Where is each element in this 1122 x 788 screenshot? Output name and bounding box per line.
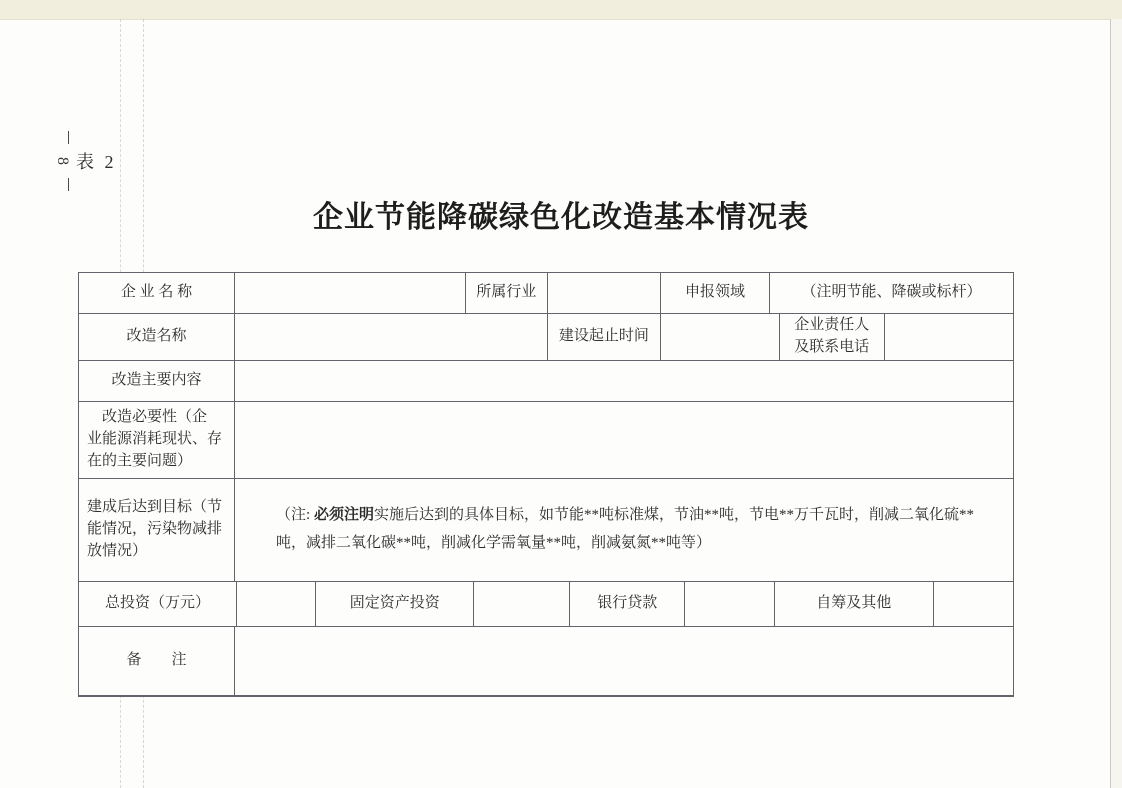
company-name-value: [234, 273, 465, 313]
project-name-label: 改造名称: [79, 314, 234, 360]
necessity-value: [234, 402, 1013, 478]
page-edge-line: [1110, 19, 1111, 788]
self-raised-label: 自筹及其他: [774, 582, 933, 626]
self-raised-value: [933, 582, 1013, 626]
margin-marker: 8 表 2: [55, 131, 125, 191]
total-investment-value: [236, 582, 315, 626]
table-row: 备 注: [79, 626, 1013, 695]
declare-field-label: 申报领域: [660, 273, 769, 313]
scan-right-gutter: [1111, 19, 1122, 788]
table-index-label: 表 2: [76, 148, 117, 174]
page-title: 企业节能降碳绿色化改造基本情况表: [0, 195, 1122, 241]
table-row: 改造名称 建设起止时间 企业责任人 及联系电话: [79, 313, 1013, 360]
construction-period-value: [660, 314, 779, 360]
page-number: 8: [53, 154, 71, 168]
remarks-label: 备 注: [79, 627, 234, 695]
note-rest: 实施后达到的具体目标，如节能**吨标准煤，节油**吨，节电**万千瓦时，削减二氧…: [276, 507, 974, 551]
table-row: 改造主要内容: [79, 360, 1013, 401]
bank-loan-label: 银行贷款: [569, 582, 684, 626]
target-label: 建成后达到目标（节 能情况，污染物减排 放情况）: [79, 479, 234, 581]
target-note-text: （注: 必须注明实施后达到的具体目标，如节能**吨标准煤，节油**吨，节电**万…: [276, 502, 974, 558]
necessity-label: 改造必要性（企 业能源消耗现状、存 在的主要问题）: [79, 402, 234, 478]
total-investment-label: 总投资（万元）: [79, 582, 236, 626]
form-table: 企 业 名 称 所属行业 申报领域 （注明节能、降碳或标杆） 改造名称 建设起止…: [78, 272, 1014, 697]
main-content-label: 改造主要内容: [79, 361, 234, 401]
contact-value: [884, 314, 1013, 360]
necessity-label-text: 改造必要性（企 业能源消耗现状、存 在的主要问题）: [87, 407, 222, 472]
fixed-asset-label: 固定资产投资: [315, 582, 473, 626]
table-row: 改造必要性（企 业能源消耗现状、存 在的主要问题）: [79, 401, 1013, 478]
table-row: 企 业 名 称 所属行业 申报领域 （注明节能、降碳或标杆）: [79, 273, 1013, 313]
table-row: 总投资（万元） 固定资产投资 银行贷款 自筹及其他: [79, 581, 1013, 626]
company-name-label: 企 业 名 称: [79, 273, 234, 313]
project-name-value: [234, 314, 547, 360]
target-note: （注: 必须注明实施后达到的具体目标，如节能**吨标准煤，节油**吨，节电**万…: [234, 479, 1013, 581]
scan-top-band: [0, 0, 1122, 20]
note-prefix: （注:: [276, 507, 314, 523]
main-content-value: [234, 361, 1013, 401]
contact-label: 企业责任人 及联系电话: [779, 314, 885, 360]
page-number-dash-top: [68, 131, 69, 144]
bank-loan-value: [684, 582, 774, 626]
industry-value: [547, 273, 660, 313]
note-bold: 必须注明: [314, 507, 374, 523]
remarks-value: [234, 627, 1013, 695]
construction-period-label: 建设起止时间: [547, 314, 660, 360]
fixed-asset-value: [473, 582, 569, 626]
table-row: 建成后达到目标（节 能情况，污染物减排 放情况） （注: 必须注明实施后达到的具…: [79, 478, 1013, 581]
declare-field-hint: （注明节能、降碳或标杆）: [769, 273, 1013, 313]
page-number-dash-bottom: [68, 178, 69, 191]
industry-label: 所属行业: [465, 273, 547, 313]
